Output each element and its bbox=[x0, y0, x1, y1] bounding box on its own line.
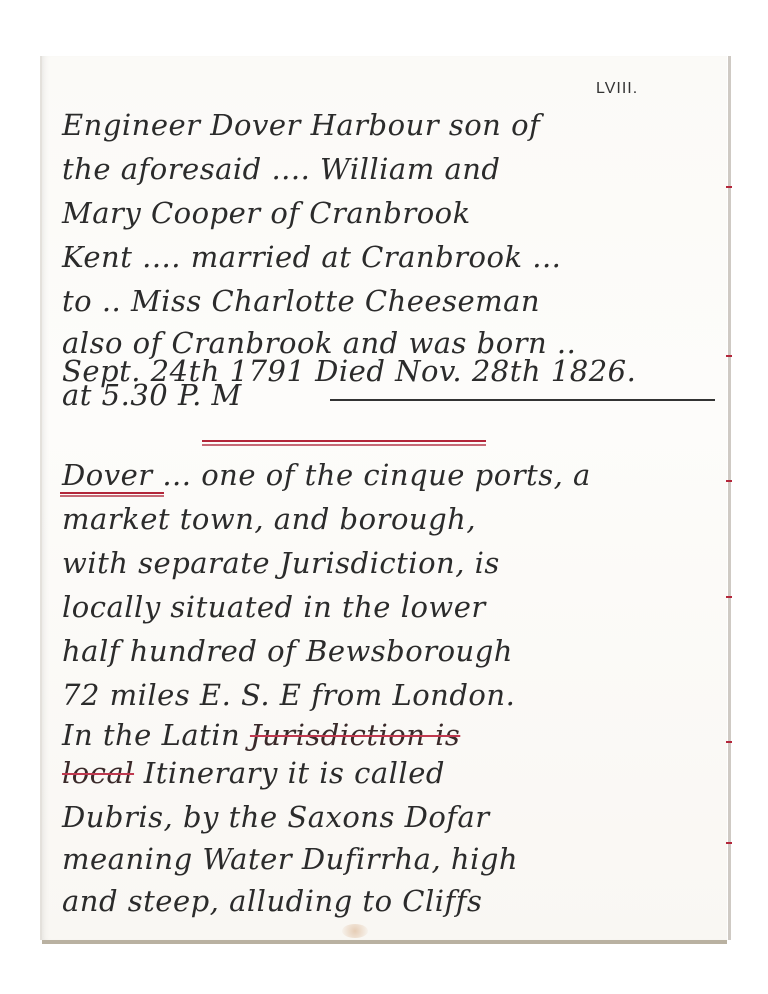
page-right-edge bbox=[728, 56, 731, 940]
itinerary-phrase: Itinerary it is called bbox=[144, 756, 445, 790]
margin-tick bbox=[726, 355, 732, 357]
folio-number: LVIII. bbox=[596, 80, 638, 98]
entry-one-line-4: Kent .... married at Cranbrook ... bbox=[62, 240, 561, 274]
entry-two-line-10: meaning Water Dufirrha, high bbox=[62, 842, 518, 876]
entry-two-line-11: and steep, alluding to Cliffs bbox=[62, 884, 482, 918]
entry-heading-dover: Dover bbox=[62, 458, 153, 492]
entry-two-line-1: Dover ... one of the cinque ports, a bbox=[62, 458, 591, 492]
entry-one-line-3: Mary Cooper of Cranbrook bbox=[62, 196, 471, 230]
struck-text-local: local bbox=[62, 756, 134, 790]
page-bottom-edge bbox=[42, 940, 727, 944]
entry-one-line-8: at 5.30 P. M bbox=[62, 378, 242, 412]
section-divider-red-rule bbox=[202, 440, 486, 442]
entry-two-line-3: with separate Jurisdiction, is bbox=[62, 546, 500, 580]
entry-two-line-8: local Itinerary it is called bbox=[62, 756, 445, 790]
margin-tick bbox=[726, 186, 732, 188]
entry-one-line-5: to .. Miss Charlotte Cheeseman bbox=[62, 284, 540, 318]
margin-tick bbox=[726, 596, 732, 598]
entry-one-line-1: Engineer Dover Harbour son of bbox=[62, 108, 540, 142]
margin-tick bbox=[726, 741, 732, 743]
entry-two-line-7: In the Latin Jurisdiction is bbox=[62, 718, 460, 752]
margin-tick bbox=[726, 480, 732, 482]
entry-two-line-4: locally situated in the lower bbox=[62, 590, 486, 624]
entry-two-line-2: market town, and borough, bbox=[62, 502, 476, 536]
struck-text-jurisdiction: Jurisdiction is bbox=[250, 718, 460, 752]
margin-tick bbox=[726, 842, 732, 844]
entry-end-rule bbox=[330, 399, 715, 401]
entry-two-line-1-text: ... one of the cinque ports, a bbox=[162, 458, 590, 492]
entry-two-line-6: 72 miles E. S. E from London. bbox=[62, 678, 515, 712]
entry-two-line-9: Dubris, by the Saxons Dofar bbox=[62, 800, 490, 834]
heading-red-underline bbox=[60, 492, 164, 494]
entry-two-line-5: half hundred of Bewsborough bbox=[62, 634, 513, 668]
latin-phrase: In the Latin bbox=[62, 718, 240, 752]
paper-stain bbox=[342, 924, 368, 938]
entry-one-line-2: the aforesaid .... William and bbox=[62, 152, 500, 186]
